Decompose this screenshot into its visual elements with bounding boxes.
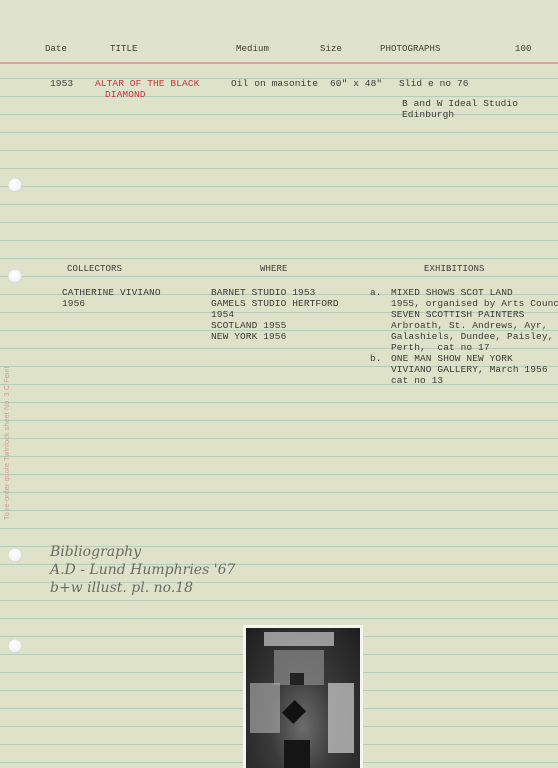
exhibition-line: SEVEN SCOTTISH PAINTERS xyxy=(391,309,524,320)
punch-hole xyxy=(8,548,22,562)
entry-size: 60" x 48" xyxy=(330,78,382,89)
entry-title-line2: DIAMOND xyxy=(105,89,146,100)
entry-title-line1: ALTAR OF THE BLACK xyxy=(95,78,199,89)
entry-medium: Oil on masonite xyxy=(231,78,318,89)
exhibition-line: Galashiels, Dundee, Paisley, xyxy=(391,331,553,342)
exhibition-line: VIVIANO GALLERY, March 1956 xyxy=(391,364,548,375)
record-sheet: To re-order quote Twinlock sheet No. 3 C… xyxy=(0,0,558,768)
exhibition-line: Arbroath, St. Andrews, Ayr, xyxy=(391,320,548,331)
exhibition-line: Perth, cat no 17 xyxy=(391,342,490,353)
exhibition-line: cat no 13 xyxy=(391,375,443,386)
header-where: WHERE xyxy=(260,264,288,275)
punch-hole xyxy=(8,639,22,653)
punch-hole xyxy=(8,178,22,192)
where-line: SCOTLAND 1955 xyxy=(211,320,286,331)
punch-hole xyxy=(8,269,22,283)
exhibition-line: MIXED SHOWS SCOT LAND xyxy=(391,287,513,298)
handwritten-bibliography-heading: Bibliography xyxy=(50,544,141,560)
painting-image xyxy=(246,628,360,768)
entry-photo-city: Edinburgh xyxy=(402,109,454,120)
header-exhibitions: EXHIBITIONS xyxy=(424,264,485,275)
handwritten-bibliography-plate: b+w illust. pl. no.18 xyxy=(50,580,193,596)
header-photographs: PHOTOGRAPHS xyxy=(380,44,441,55)
header-date: Date xyxy=(45,44,67,55)
where-line: 1954 xyxy=(211,309,234,320)
header-rule xyxy=(0,62,558,64)
entry-photo-studio: B and W Ideal Studio xyxy=(402,98,518,109)
attached-photograph xyxy=(243,625,363,768)
header-medium: Medium xyxy=(236,44,269,55)
header-band xyxy=(0,0,558,62)
margin-reorder-text: To re-order quote Twinlock sheet No. 3 C… xyxy=(4,366,11,520)
where-line: GAMELS STUDIO HERTFORD xyxy=(211,298,339,309)
entry-photo-slide: Slid e no 76 xyxy=(399,78,469,89)
exhibition-marker-b: b. xyxy=(370,353,382,364)
header-collectors: COLLECTORS xyxy=(67,264,122,275)
exhibition-marker-a: a. xyxy=(370,287,382,298)
where-line: NEW YORK 1956 xyxy=(211,331,286,342)
handwritten-bibliography-source: A.D - Lund Humphries '67 xyxy=(50,562,235,578)
entry-date: 1953 xyxy=(50,78,73,89)
exhibition-line: 1955, organised by Arts Council xyxy=(391,298,558,309)
where-line: BARNET STUDIO 1953 xyxy=(211,287,315,298)
collector-name: CATHERINE VIVIANO xyxy=(62,287,161,298)
header-size: Size xyxy=(320,44,342,55)
collector-year: 1956 xyxy=(62,298,85,309)
page-number: 100 xyxy=(515,44,532,55)
header-title: TITLE xyxy=(110,44,138,55)
exhibition-line: ONE MAN SHOW NEW YORK xyxy=(391,353,513,364)
